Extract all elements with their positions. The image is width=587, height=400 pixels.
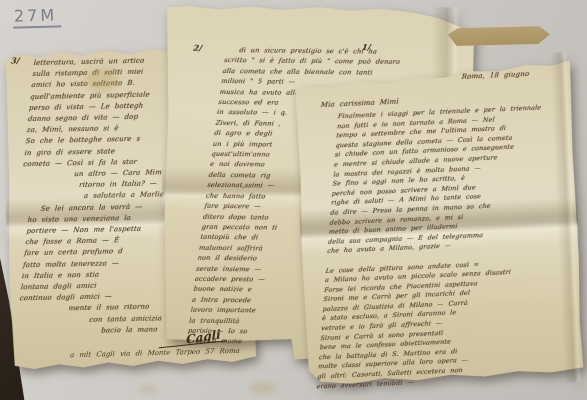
letter-sheet-page1: Roma, 18 giugno Mia carissima Mimì Final… — [293, 52, 585, 394]
page-number: 3/ — [10, 55, 20, 66]
page-number: 1/ — [361, 42, 371, 52]
board-stain — [138, 384, 158, 394]
handwritten-text-block: Finalmente i viaggi per la triennale e p… — [316, 103, 541, 391]
paper-stain — [84, 68, 118, 92]
letters-photograph: 27M 3/ letteratura, uscirà un articosull… — [0, 0, 587, 400]
board-stain — [250, 382, 276, 394]
page-number: 2/ — [193, 43, 203, 53]
archive-label: 27M — [13, 5, 62, 28]
